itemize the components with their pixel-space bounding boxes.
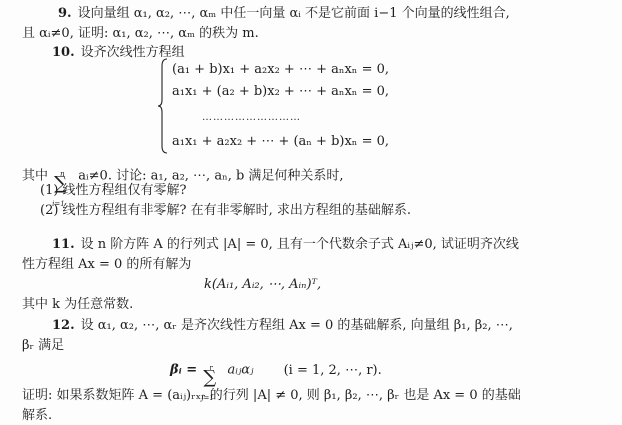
problem-11-formula: k(Aᵢ₁, Aᵢ₂, ⋯, Aᵢₙ)ᵀ,: [204, 277, 321, 293]
problem-12-line-2: βᵣ 满足: [22, 338, 64, 354]
equation-row: a₁x₁ + a₂x₂ + ⋯ + (aₙ + b)xₙ = 0,: [172, 134, 389, 149]
problem-number: 12.: [52, 318, 75, 333]
equation-ellipsis: ………………………: [202, 112, 301, 123]
problem-9-line-2: 且 αᵢ≠0, 证明: α₁, α₂, ⋯, αₘ 的秩为 m.: [22, 26, 259, 42]
problem-12-formula: βᵢ = r ∑ j=1 aᵢⱼαⱼ (i = 1, 2, ⋯, r).: [170, 352, 382, 389]
problem-9-line-1: 9.设向量组 α₁, α₂, ⋯, αₘ 中任一向量 αᵢ 不是它前面 i−1 …: [58, 6, 510, 22]
problem-10-part-2: (2) 线性方程组有非零解? 在有非零解时, 求出方程组的基础解系.: [40, 203, 411, 219]
problem-11-line-2: 性方程组 Ax = 0 的所有解为: [22, 257, 191, 273]
equation-row: a₁x₁ + (a₂ + b)x₂ + ⋯ + aₙxₙ = 0,: [172, 84, 389, 99]
problem-number: 10.: [52, 45, 75, 60]
problem-12-proof-line-1: 证明: 如果系数矩阵 A = (aᵢⱼ)ᵣₓᵣ 的行列 |A| ≠ 0, 则 β…: [22, 388, 521, 404]
problem-10-part-1: (1) 线性方程组仅有零解?: [40, 183, 187, 199]
summation-symbol: r ∑ j=1: [201, 352, 223, 388]
problem-11-closing: 其中 k 为任意常数.: [22, 297, 133, 313]
problem-number: 11.: [52, 237, 75, 252]
equation-row: (a₁ + b)x₁ + a₂x₂ + ⋯ + aₙxₙ = 0,: [172, 62, 389, 77]
problem-12-line-1: 12.设 α₁, α₂, ⋯, αᵣ 是齐次线性方程组 Ax = 0 的基础解系…: [52, 318, 513, 334]
problem-number: 9.: [58, 6, 72, 21]
problem-12-proof-line-2: 解系.: [22, 408, 52, 424]
left-brace-icon: [158, 58, 168, 154]
equation-system: (a₁ + b)x₁ + a₂x₂ + ⋯ + aₙxₙ = 0, a₁x₁ +…: [158, 58, 418, 158]
problem-11-line-1: 11.设 n 阶方阵 A 的行列式 |A| = 0, 且有一个代数余子式 Aᵢⱼ…: [52, 237, 519, 253]
